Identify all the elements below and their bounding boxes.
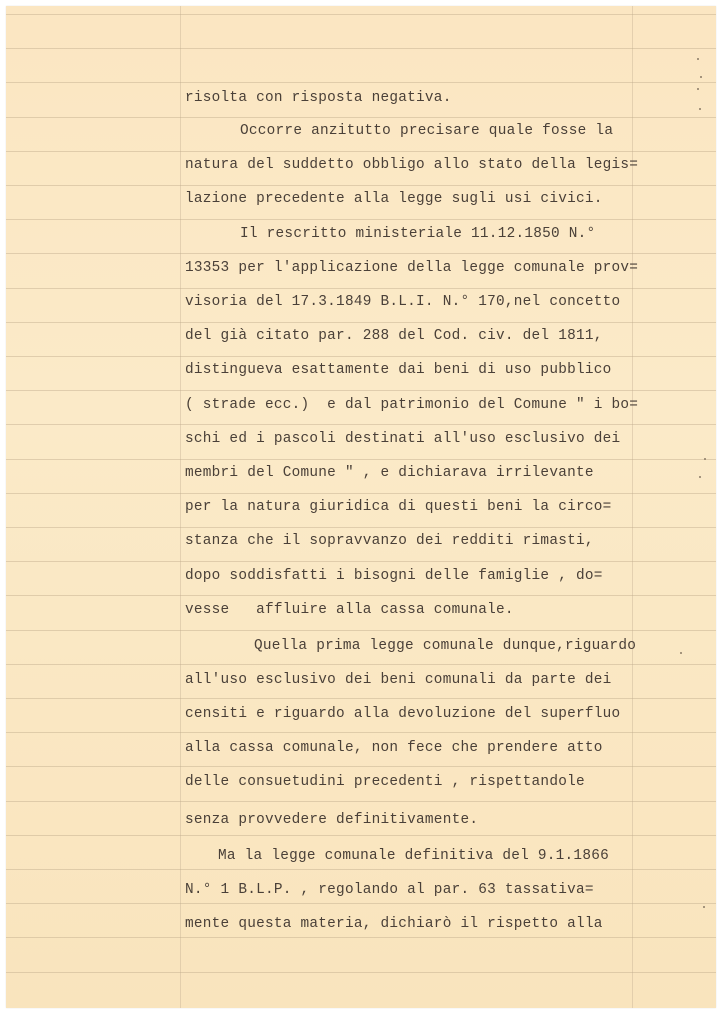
ruled-line [6,82,716,83]
ruled-line [6,253,716,254]
text-line: 13353 per l'applicazione della legge com… [185,259,638,277]
ruled-line [6,459,716,460]
ruled-line [6,151,716,152]
paper-speck [704,458,706,460]
paper-speck [697,88,699,90]
text-line: risolta con risposta negativa. [185,89,452,107]
left-margin-line [180,6,181,1008]
text-line: membri del Comune " , e dichiarava irril… [185,464,594,482]
ruled-line [6,424,716,425]
ruled-line [6,356,716,357]
text-line: alla cassa comunale, non fece che prende… [185,739,603,757]
paper-speck [697,58,699,60]
ruled-line [6,698,716,699]
ruled-line [6,390,716,391]
ruled-line [6,664,716,665]
ruled-line [6,801,716,802]
text-line: delle consuetudini precedenti , rispetta… [185,773,585,791]
ruled-line [6,117,716,118]
ruled-line [6,527,716,528]
text-line: senza provvedere definitivamente. [185,811,478,829]
text-line: visoria del 17.3.1849 B.L.I. N.° 170,nel… [185,293,620,311]
text-line: censiti e riguardo alla devoluzione del … [185,705,620,723]
text-line: ( strade ecc.) e dal patrimonio del Comu… [185,396,638,414]
ruled-line [6,14,716,15]
paper-speck [699,476,701,478]
ruled-line [6,835,716,836]
text-line: natura del suddetto obbligo allo stato d… [185,156,638,174]
text-line: vesse affluire alla cassa comunale. [185,601,514,619]
text-line: schi ed i pascoli destinati all'uso escl… [185,430,620,448]
ruled-line [6,630,716,631]
ruled-line [6,48,716,49]
text-line: dopo soddisfatti i bisogni delle famigli… [185,567,603,585]
text-line: lazione precedente alla legge sugli usi … [185,190,603,208]
text-line: mente questa materia, dichiarò il rispet… [185,915,603,933]
ruled-line [6,903,716,904]
text-line: Il rescritto ministeriale 11.12.1850 N.° [240,225,595,243]
text-line: all'uso esclusivo dei beni comunali da p… [185,671,612,689]
text-line: distingueva esattamente dai beni di uso … [185,361,612,379]
text-line: Ma la legge comunale definitiva del 9.1.… [218,847,609,865]
ruled-line [6,493,716,494]
ruled-line [6,185,716,186]
ruled-line [6,732,716,733]
paper-speck [680,652,682,654]
ruled-line [6,561,716,562]
ruled-line [6,322,716,323]
paper-speck [700,76,702,78]
text-line: Quella prima legge comunale dunque,rigua… [254,637,636,655]
paper-speck [699,108,701,110]
paper-speck [703,906,705,908]
text-line: N.° 1 B.L.P. , regolando al par. 63 tass… [185,881,594,899]
ruled-line [6,869,716,870]
ruled-line [6,937,716,938]
ruled-line [6,288,716,289]
text-line: del già citato par. 288 del Cod. civ. de… [185,327,603,345]
text-line: stanza che il sopravvanzo dei redditi ri… [185,532,594,550]
ruled-line [6,595,716,596]
text-line: per la natura giuridica di questi beni l… [185,498,612,516]
ruled-line [6,972,716,973]
ruled-line [6,766,716,767]
text-line: Occorre anzitutto precisare quale fosse … [240,122,613,140]
ruled-line [6,219,716,220]
